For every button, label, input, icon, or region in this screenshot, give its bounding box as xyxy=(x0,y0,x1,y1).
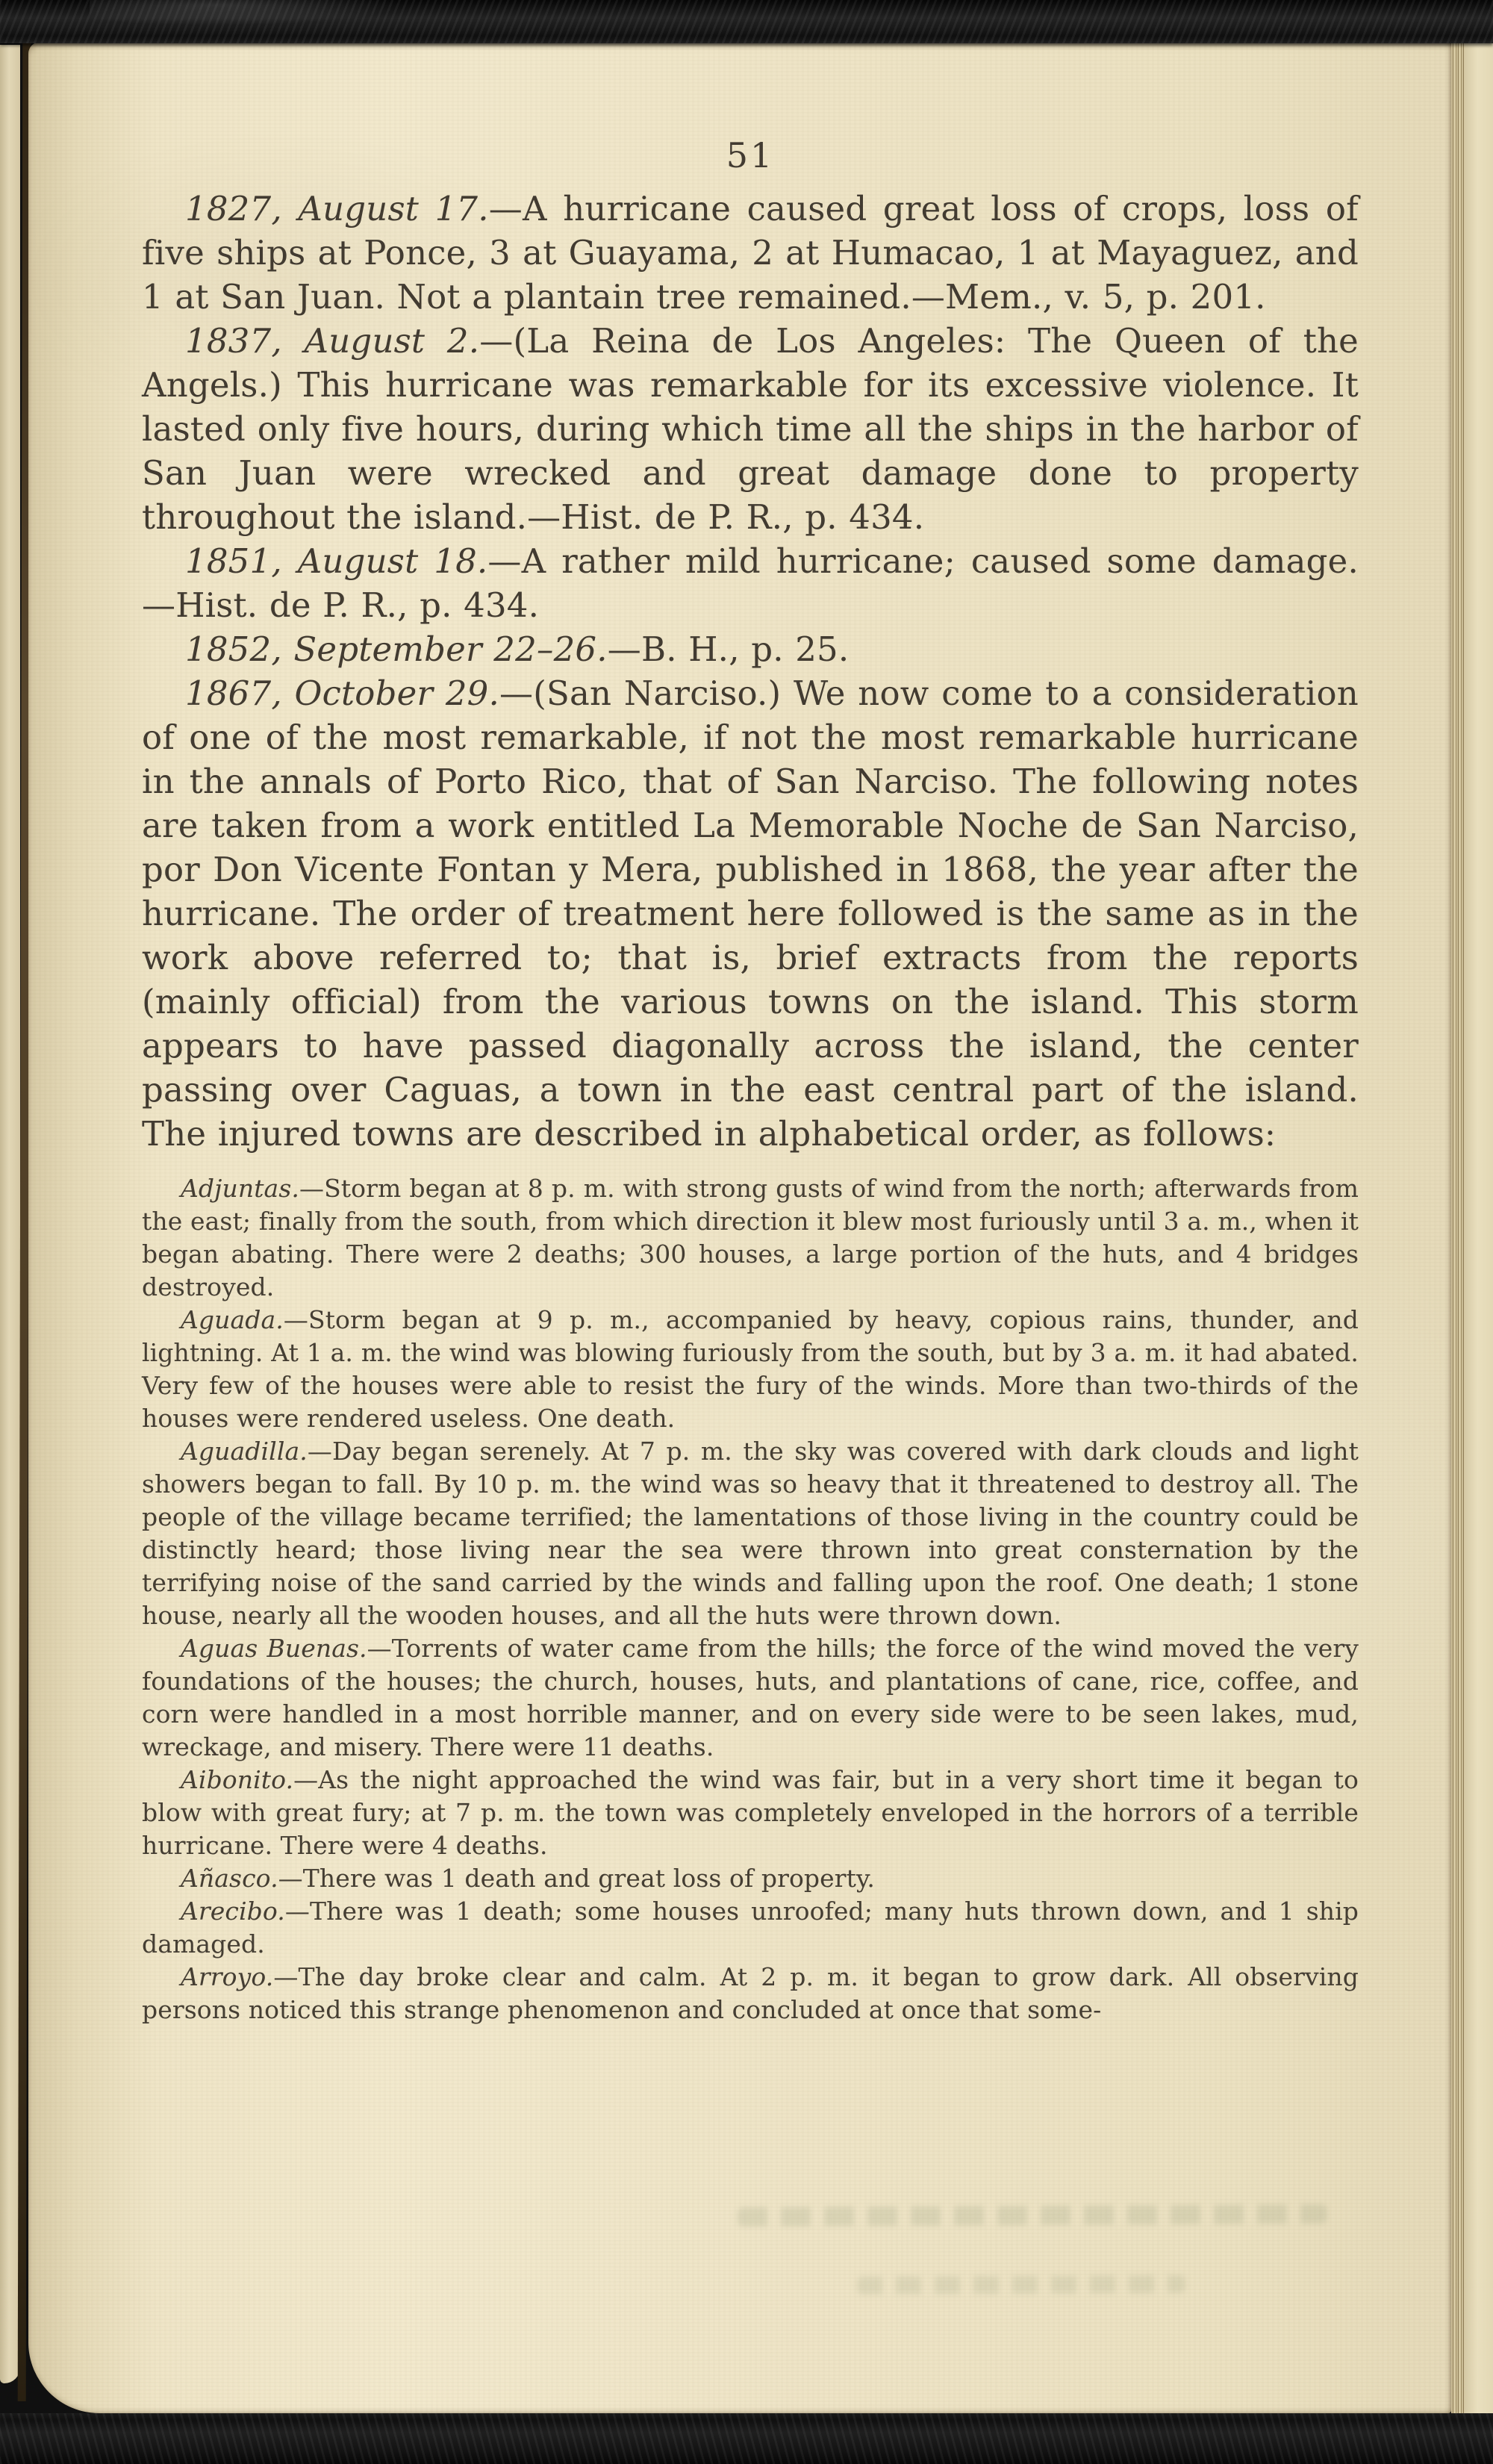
entry-date: 1827, August 17. xyxy=(185,189,489,228)
scanned-book-photo: 51 1827, August 17.—A hurricane caused g… xyxy=(0,0,1493,2464)
town-text: —The day broke clear and calm. At 2 p. m… xyxy=(142,1962,1359,2024)
town-text: —Day began serenely. At 7 p. m. the sky … xyxy=(142,1437,1359,1630)
town-name: Aguadilla. xyxy=(181,1437,308,1466)
entry-paragraph: 1837, August 2.—(La Reina de Los Angeles… xyxy=(142,319,1359,539)
entry-date: 1852, September 22–26. xyxy=(185,629,608,669)
town-name: Aguada. xyxy=(181,1305,284,1334)
town-paragraph: Añasco.—There was 1 death and great loss… xyxy=(142,1862,1359,1895)
entry-paragraph: 1851, August 18.—A rather mild hurricane… xyxy=(142,539,1359,627)
town-paragraph: Aguada.—Storm began at 9 p. m., accompan… xyxy=(142,1304,1359,1435)
town-paragraph: Arroyo.—The day broke clear and calm. At… xyxy=(142,1961,1359,2026)
book-cover-bottom-edge xyxy=(0,2413,1493,2464)
hurricane-entries-section: 1827, August 17.—A hurricane caused grea… xyxy=(142,187,1359,1156)
book-cover-top-edge xyxy=(0,0,1493,43)
underlying-page-strip xyxy=(1465,42,1493,2413)
town-name: Aibonito. xyxy=(181,1765,293,1794)
town-paragraph: Aguadilla.—Day began serenely. At 7 p. m… xyxy=(142,1435,1359,1632)
town-text: —There was 1 death; some houses unroofed… xyxy=(142,1897,1359,1959)
entry-date: 1851, August 18. xyxy=(185,541,487,581)
entry-text: —B. H., p. 25. xyxy=(608,629,850,669)
town-reports-section: Adjuntas.—Storm began at 8 p. m. with st… xyxy=(142,1172,1359,2026)
entry-date: 1837, August 2. xyxy=(185,321,479,361)
town-name: Añasco. xyxy=(181,1864,278,1893)
town-paragraph: Adjuntas.—Storm began at 8 p. m. with st… xyxy=(142,1172,1359,1304)
town-name: Adjuntas. xyxy=(181,1174,299,1203)
page-number: 51 xyxy=(142,137,1359,173)
town-name: Arroyo. xyxy=(181,1962,273,1991)
town-text: —As the night approached the wind was fa… xyxy=(142,1765,1359,1860)
book-page: 51 1827, August 17.—A hurricane caused g… xyxy=(28,42,1451,2413)
town-name: Aguas Buenas. xyxy=(181,1634,367,1663)
right-page-edge-lines xyxy=(1451,42,1465,2413)
town-paragraph: Aguas Buenas.—Torrents of water came fro… xyxy=(142,1632,1359,1764)
town-text: —Storm began at 8 p. m. with strong gust… xyxy=(142,1174,1359,1301)
entry-date: 1867, October 29. xyxy=(185,673,499,713)
bleed-through-text xyxy=(738,2204,1327,2227)
entry-text: —(San Narciso.) We now come to a conside… xyxy=(142,673,1359,1154)
page-content: 51 1827, August 17.—A hurricane caused g… xyxy=(28,137,1451,2026)
town-paragraph: Aibonito.—As the night approached the wi… xyxy=(142,1764,1359,1862)
town-text: —There was 1 death and great loss of pro… xyxy=(278,1864,875,1893)
entry-paragraph: 1867, October 29.—(San Narciso.) We now … xyxy=(142,671,1359,1156)
entry-paragraph: 1827, August 17.—A hurricane caused grea… xyxy=(142,187,1359,319)
town-text: —Storm began at 9 p. m., accompanied by … xyxy=(142,1305,1359,1433)
town-paragraph: Arecibo.—There was 1 death; some houses … xyxy=(142,1895,1359,1961)
town-name: Arecibo. xyxy=(181,1897,285,1926)
previous-page-edge xyxy=(0,45,20,2383)
entry-paragraph: 1852, September 22–26.—B. H., p. 25. xyxy=(142,627,1359,671)
bleed-through-text xyxy=(857,2275,1185,2295)
